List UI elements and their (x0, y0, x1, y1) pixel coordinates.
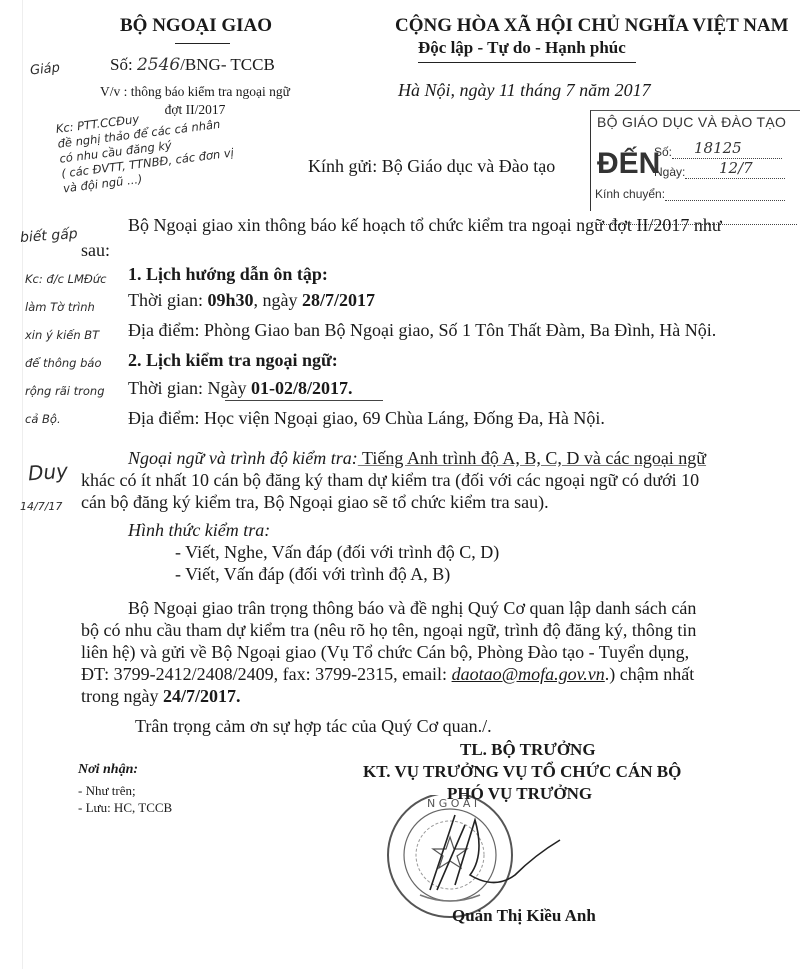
section1-time: Thời gian: 09h30, ngày 28/7/2017 (128, 290, 375, 311)
motto: Độc lập - Tự do - Hạnh phúc (418, 38, 626, 58)
date-line: Hà Nội, ngày 11 tháng 7 năm 2017 (398, 80, 651, 101)
handwritten-side-line: để thông báo (25, 349, 106, 377)
email-link[interactable]: daotao@mofa.gov.vn (452, 664, 605, 684)
request-line2: bộ có nhu cầu tham dự kiểm tra (nêu rõ h… (81, 620, 696, 641)
request-line4-suffix: .) chậm nhất (605, 664, 694, 684)
language-label: Ngoại ngữ và trình độ kiểm tra: (128, 448, 358, 468)
doc-number-prefix: Số: (110, 55, 137, 74)
stamp-ngay-value: 12/7 (719, 159, 753, 177)
intro-line2: sau: (81, 240, 110, 261)
recipients-item: - Như trên; (78, 783, 136, 799)
form-item: - Viết, Nghe, Vấn đáp (đối với trình độ … (175, 542, 499, 563)
motto-underline (418, 62, 636, 63)
org-underline (175, 43, 230, 44)
handwritten-note: Kc: PTT.CCĐuy đề nghị thảo để các cá nhâ… (55, 101, 237, 197)
section1-place: Địa điểm: Phòng Giao ban Bộ Ngoại giao, … (128, 320, 716, 341)
pen-underline (225, 400, 383, 401)
doc-number: Số: 2546/BNG- TCCB (110, 55, 275, 75)
request-line4: ĐT: 3799-2412/2408/2409, fax: 3799-2315,… (81, 664, 694, 685)
section2-title: 2. Lịch kiểm tra ngoại ngữ: (128, 350, 338, 371)
stamp-so-label: Số: (654, 145, 672, 159)
signature-line3: PHÓ VỤ TRƯỞNG (447, 784, 592, 804)
section2-time-label: Thời gian: Ngày (128, 378, 251, 398)
stamp-kinh-chuyen-label: Kính chuyển: (595, 187, 665, 201)
handwritten-biet-gap: biết gấp (20, 226, 79, 246)
recipient: Kính gửi: Bộ Giáo dục và Đào tạo (308, 156, 555, 177)
language-line2: khác có ít nhất 10 cán bộ đăng ký tham d… (81, 470, 699, 491)
section2-time: Thời gian: Ngày 01-02/8/2017. (128, 378, 353, 399)
recipients-label: Nơi nhận: (78, 762, 138, 778)
handwritten-date: 14/7/17 (20, 500, 62, 513)
section2-time-value: 01-02/8/2017. (251, 378, 353, 398)
request-line5-prefix: trong ngày (81, 686, 163, 706)
section1-time-label: Thời gian: (128, 290, 208, 310)
stamp-kinh-chuyen-row: Kính chuyển: (595, 187, 785, 201)
request-line1: Bộ Ngoại giao trân trọng thông báo và đề… (128, 598, 696, 619)
stamp-title: BỘ GIÁO DỤC VÀ ĐÀO TẠO (597, 114, 786, 130)
stamp-ngay-row: Ngày: 12/7 (654, 165, 785, 179)
handwritten-side-line: làm Tờ trình (25, 293, 106, 321)
org-name: BỘ NGOẠI GIAO (120, 15, 272, 37)
form-label: Hình thức kiểm tra: (128, 520, 270, 541)
subject-line1: V/v : thông báo kiểm tra ngoại ngữ (100, 83, 290, 101)
section1-title: 1. Lịch hướng dẫn ôn tập: (128, 264, 328, 285)
deadline: 24/7/2017. (163, 686, 241, 706)
handwritten-initials: Duy (27, 459, 68, 486)
section1-date-value: 28/7/2017 (302, 290, 375, 310)
signature-line2: KT. VỤ TRƯỞNG VỤ TỔ CHỨC CÁN BỘ (363, 762, 681, 782)
handwritten-side-line: rộng rãi trong (25, 377, 106, 405)
signature-line1: TL. BỘ TRƯỞNG (460, 740, 596, 760)
nation-title: CỘNG HÒA XÃ HỘI CHỦ NGHĨA VIỆT NAM (395, 15, 789, 37)
language-line1-rest: Tiếng Anh trình độ A, B, C, D và các ngo… (358, 448, 706, 468)
recipients-item: - Lưu: HC, TCCB (78, 800, 172, 816)
stamp-ngay-label: Ngày: (654, 165, 685, 179)
intro-line1: Bộ Ngoại giao xin thông báo kế hoạch tổ … (128, 215, 722, 236)
form-item: - Viết, Vấn đáp (đối với trình độ A, B) (175, 564, 450, 585)
handwritten-side-line: Kc: đ/c LMĐức (25, 265, 106, 293)
section1-time-value: 09h30 (208, 290, 254, 310)
thanks-line: Trân trọng cảm ơn sự hợp tác của Quý Cơ … (135, 716, 492, 737)
language-line1: Ngoại ngữ và trình độ kiểm tra: Tiếng An… (128, 448, 706, 469)
handwritten-giap: Giáp (29, 60, 60, 78)
contact-info: ĐT: 3799-2412/2408/2409, fax: 3799-2315,… (81, 664, 452, 684)
scan-margin (22, 0, 23, 969)
stamp-den: ĐẾN (597, 147, 660, 181)
doc-number-suffix: /BNG- TCCB (180, 55, 275, 74)
handwritten-side-line: cả Bộ. (25, 405, 106, 433)
received-stamp: BỘ GIÁO DỤC VÀ ĐÀO TẠO ĐẾN Số: 18125 Ngà… (590, 110, 800, 211)
handwritten-side-line: xin ý kiến BT (25, 321, 106, 349)
section2-place: Địa điểm: Học viện Ngoại giao, 69 Chùa L… (128, 408, 605, 429)
language-line3: cán bộ đăng ký kiểm tra, Bộ Ngoại giao s… (81, 492, 549, 513)
request-line3: liên hệ) và gửi về Bộ Ngoại giao (Vụ Tổ … (81, 642, 689, 663)
request-line5: trong ngày 24/7/2017. (81, 686, 241, 707)
doc-number-value: 2546 (137, 55, 180, 75)
signer-name: Quản Thị Kiều Anh (452, 906, 596, 926)
stamp-so-row: Số: 18125 (654, 145, 782, 159)
stamp-so-value: 18125 (694, 139, 742, 157)
section1-time-mid: , ngày (254, 290, 303, 310)
handwritten-side-note: Kc: đ/c LMĐức làm Tờ trình xin ý kiến BT… (25, 265, 106, 433)
